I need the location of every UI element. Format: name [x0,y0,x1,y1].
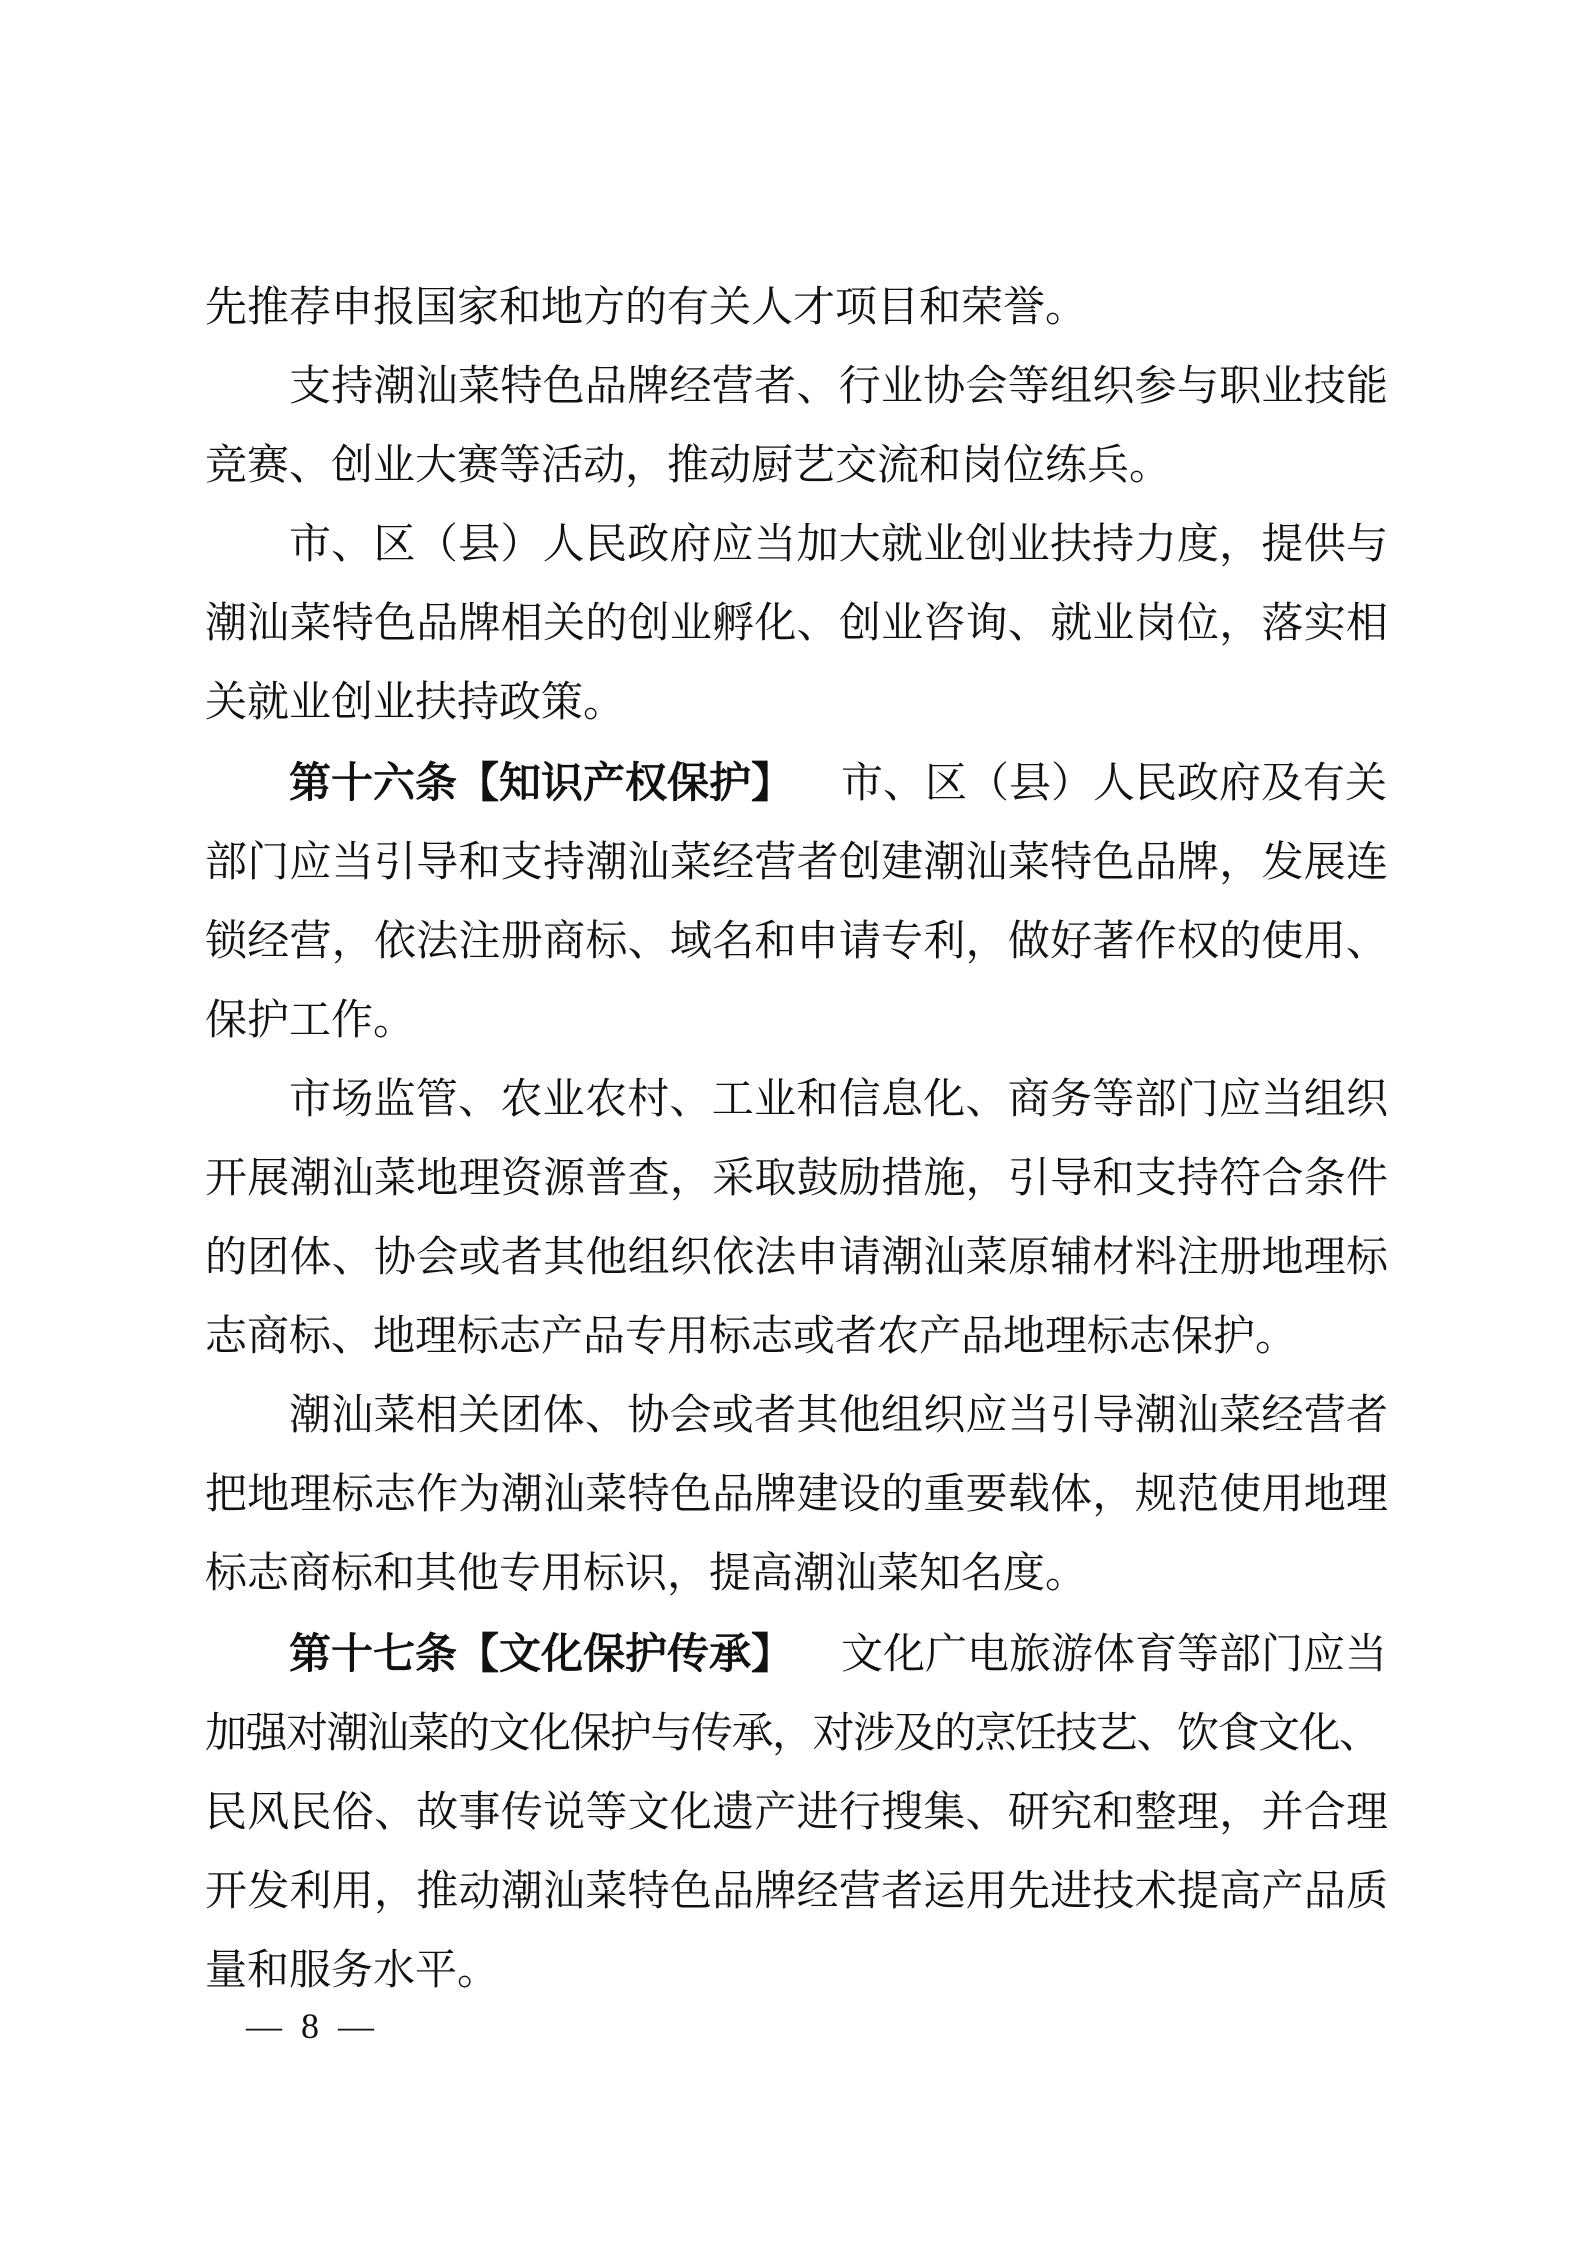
text-line: 支持潮汕菜特色品牌经营者、行业协会等组织参与职业技能 [205,348,1388,427]
article-heading-16: 第十六条【知识产权保护】市、区（县）人民政府及有关 [205,743,1388,824]
article-17-lead-text: 文化广电旅游体育等部门应当 [841,1632,1387,1678]
text-line: 民风民俗、故事传说等文化遗产进行搜集、研究和整理，并合理 [205,1774,1388,1853]
text-line: 保护工作。 [205,982,1388,1061]
text-line: 潮汕菜相关团体、协会或者其他组织应当引导潮汕菜经营者 [205,1377,1388,1456]
text-line: 开发利用，推动潮汕菜特色品牌经营者运用先进技术提高产品质 [205,1853,1388,1932]
heading-gap [793,796,841,797]
text-line: 把地理标志作为潮汕菜特色品牌建设的重要载体，规范使用地理 [205,1456,1388,1535]
article-17-number-title: 第十七条【文化保护传承】 [289,1630,793,1677]
text-line: 潮汕菜特色品牌相关的创业孵化、创业咨询、就业岗位，落实相 [205,585,1388,664]
text-line: 部门应当引导和支持潮汕菜经营者创建潮汕菜特色品牌，发展连 [205,824,1388,903]
article-heading-17: 第十七条【文化保护传承】文化广电旅游体育等部门应当 [205,1614,1388,1695]
heading-gap [793,1667,841,1668]
document-page: 先推荐申报国家和地方的有关人才项目和荣誉。 支持潮汕菜特色品牌经营者、行业协会等… [0,0,1587,2245]
article-16-lead-text: 市、区（县）人民政府及有关 [841,761,1387,807]
text-line: 加强对潮汕菜的文化保护与传承，对涉及的烹饪技艺、饮食文化、 [205,1695,1388,1774]
text-line: 先推荐申报国家和地方的有关人才项目和荣誉。 [205,269,1388,348]
text-line: 锁经营，依法注册商标、域名和申请专利，做好著作权的使用、 [205,903,1388,982]
text-line: 竞赛、创业大赛等活动，推动厨艺交流和岗位练兵。 [205,427,1388,506]
text-line: 量和服务水平。 [205,1932,1388,2011]
article-16-number-title: 第十六条【知识产权保护】 [289,759,793,806]
text-line: 开展潮汕菜地理资源普查，采取鼓励措施，引导和支持符合条件 [205,1140,1388,1219]
text-line: 市场监管、农业农村、工业和信息化、商务等部门应当组织 [205,1061,1388,1140]
text-line: 志商标、地理标志产品专用标志或者农产品地理标志保护。 [205,1298,1388,1377]
text-line: 的团体、协会或者其他组织依法申请潮汕菜原辅材料注册地理标 [205,1219,1388,1298]
document-body: 先推荐申报国家和地方的有关人才项目和荣誉。 支持潮汕菜特色品牌经营者、行业协会等… [205,269,1388,2011]
text-line: 关就业创业扶持政策。 [205,664,1388,743]
text-line: 标志商标和其他专用标识，提高潮汕菜知名度。 [205,1535,1388,1614]
page-number-footer: — 8 — [246,2004,374,2048]
text-line: 市、区（县）人民政府应当加大就业创业扶持力度，提供与 [205,506,1388,585]
